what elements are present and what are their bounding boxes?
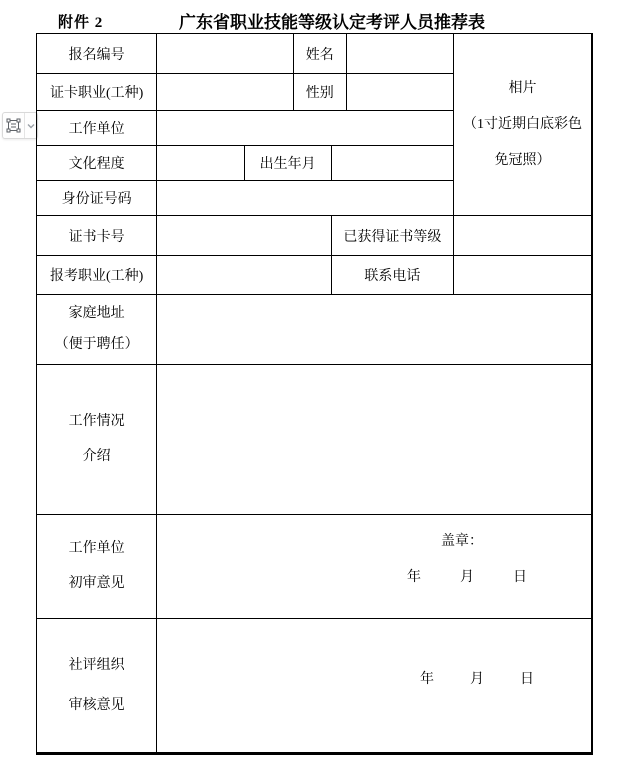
applied-occupation-label: 报考职业(工种)	[37, 256, 157, 295]
education-label: 文化程度	[37, 146, 157, 181]
id-number-field[interactable]	[157, 181, 454, 216]
unit-review-field[interactable]: 盖章： 年 月 日	[157, 515, 592, 619]
photo-line-3: 免冠照）	[454, 143, 591, 179]
row-home-address: 家庭地址 （便于聘任）	[37, 295, 593, 365]
seal-label: 盖章：	[157, 534, 591, 550]
recommendation-form-table: 报名编号 姓名 相片 （1寸近期白底彩色 免冠照） 证卡职业(工种) 性别 工作…	[36, 33, 593, 755]
org-review-label: 社评组织 审核意见	[37, 619, 157, 754]
cert-card-no-field[interactable]	[157, 216, 331, 256]
obtained-cert-level-label: 已获得证书等级	[331, 216, 453, 256]
work-intro-field[interactable]	[157, 365, 592, 515]
year-label: 年	[420, 672, 434, 688]
id-number-label: 身份证号码	[37, 181, 157, 216]
photo-line-2: （1寸近期白底彩色	[454, 107, 591, 143]
month-label: 月	[470, 672, 484, 688]
registration-no-label: 报名编号	[37, 34, 157, 74]
work-intro-label: 工作情况 介绍	[37, 365, 157, 515]
unit-review-label: 工作单位 初审意见	[37, 515, 157, 619]
contact-phone-field[interactable]	[454, 256, 592, 295]
day-label: 日	[513, 570, 527, 586]
education-field[interactable]	[157, 146, 244, 181]
unit-review-label-line2: 初审意见	[37, 577, 156, 591]
name-label: 姓名	[293, 34, 346, 74]
registration-no-field[interactable]	[157, 34, 293, 74]
row-cert-card: 证书卡号 已获得证书等级	[37, 216, 593, 256]
work-intro-label-line2: 介绍	[37, 450, 156, 464]
year-label: 年	[407, 570, 421, 586]
row-applied-occupation: 报考职业(工种) 联系电话	[37, 256, 593, 295]
home-address-field[interactable]	[157, 295, 592, 365]
home-address-label: 家庭地址 （便于聘任）	[37, 295, 157, 365]
gender-label: 性别	[293, 74, 346, 111]
attachment-label: 附件 2	[58, 11, 103, 32]
day-label: 日	[520, 672, 534, 688]
row-org-review: 社评组织 审核意见 年 月 日	[37, 619, 593, 754]
gender-field[interactable]	[346, 74, 453, 111]
org-review-label-line2: 审核意见	[37, 699, 156, 713]
birth-date-field[interactable]	[331, 146, 453, 181]
name-field[interactable]	[346, 34, 453, 74]
table-select-icon[interactable]	[3, 113, 25, 138]
cert-occupation-label: 证卡职业(工种)	[37, 74, 157, 111]
org-review-field[interactable]: 年 月 日	[157, 619, 592, 754]
photo-cell: 相片 （1寸近期白底彩色 免冠照）	[454, 34, 592, 216]
org-review-label-line1: 社评组织	[37, 659, 156, 673]
birth-date-label: 出生年月	[244, 146, 331, 181]
document-header: 附件 2 广东省职业技能等级认定考评人员推荐表	[0, 8, 623, 34]
unit-review-label-line1: 工作单位	[37, 542, 156, 556]
document-page: 附件 2 广东省职业技能等级认定考评人员推荐表	[0, 0, 623, 764]
cert-card-no-label: 证书卡号	[37, 216, 157, 256]
row-registration: 报名编号 姓名 相片 （1寸近期白底彩色 免冠照）	[37, 34, 593, 74]
work-intro-label-line1: 工作情况	[37, 415, 156, 429]
table-select-widget[interactable]	[2, 112, 38, 139]
photo-line-1: 相片	[454, 71, 591, 107]
unit-review-date-line: 年 月 日	[157, 570, 591, 586]
work-unit-label: 工作单位	[37, 111, 157, 146]
row-unit-review: 工作单位 初审意见 盖章： 年 月 日	[37, 515, 593, 619]
home-address-label-line1: 家庭地址	[37, 307, 156, 321]
work-unit-field[interactable]	[157, 111, 454, 146]
month-label: 月	[460, 570, 474, 586]
org-review-date-line: 年 月 日	[157, 672, 591, 688]
cert-occupation-field[interactable]	[157, 74, 293, 111]
applied-occupation-field[interactable]	[157, 256, 331, 295]
row-work-intro: 工作情况 介绍	[37, 365, 593, 515]
contact-phone-label: 联系电话	[331, 256, 453, 295]
obtained-cert-level-field[interactable]	[454, 216, 592, 256]
page-title: 广东省职业技能等级认定考评人员推荐表	[179, 8, 485, 33]
home-address-label-line2: （便于聘任）	[37, 338, 156, 352]
